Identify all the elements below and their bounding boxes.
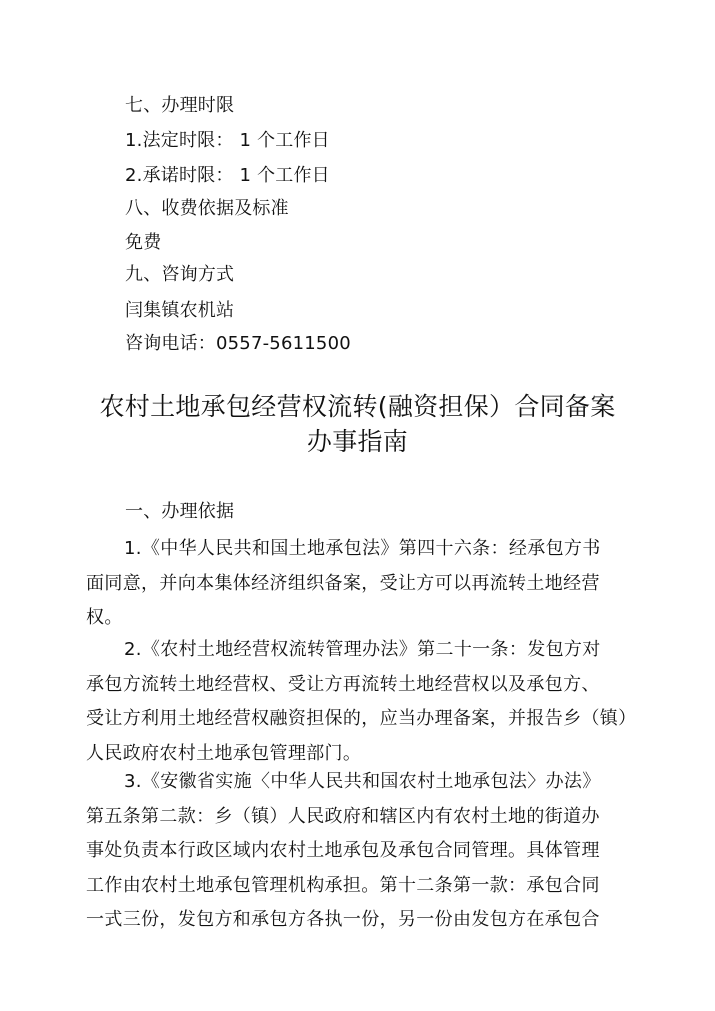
basis-item-3-line: 3.《安徽省实施〈中华人民共和国农村土地承包法〉办法》 [86,765,631,800]
basis-item-3: 3.《安徽省实施〈中华人民共和国农村土地承包法〉办法》 第五条第二款：乡（镇）人… [86,765,631,938]
basis-item-1-line: 面同意，并向本集体经济组织备案，受让方可以再流转土地经营 [86,567,631,602]
consultation-phone: 咨询电话：0557-5611500 [125,332,351,356]
promised-time-limit: 2.承诺时限： 1 个工作日 [125,164,330,188]
fee-value: 免费 [125,231,161,255]
basis-item-3-line: 事处负责本行政区域内农村土地承包及承包合同管理。具体管理 [86,834,631,869]
basis-item-2-line: 2.《农村土地经营权流转管理办法》第二十一条：发包方对 [86,633,631,668]
basis-item-1-line: 1.《中华人民共和国土地承包法》第四十六条：经承包方书 [86,532,631,567]
statutory-time-limit: 1.法定时限： 1 个工作日 [125,129,330,153]
basis-item-3-line: 一式三份，发包方和承包方各执一份，另一份由发包方在承包合 [86,903,631,938]
basis-item-3-line: 工作由农村土地承包管理机构承担。第十二条第一款：承包合同 [86,869,631,904]
guide-title-line-2: 办事指南 [0,425,715,459]
fee-heading: 八、收费依据及标准 [125,197,289,221]
basis-item-2: 2.《农村土地经营权流转管理办法》第二十一条：发包方对 承包方流转土地经营权、受… [86,633,631,771]
basis-item-2-line: 受让方利用土地经营权融资担保的，应当办理备案，并报告乡（镇） [86,702,631,737]
basis-item-3-line: 第五条第二款：乡（镇）人民政府和辖区内有农村土地的街道办 [86,800,631,835]
consultation-office: 闫集镇农机站 [125,299,234,323]
basis-item-2-line: 承包方流转土地经营权、受让方再流转土地经营权以及承包方、 [86,668,631,703]
processing-time-heading: 七、办理时限 [125,94,234,118]
basis-heading: 一、办理依据 [125,500,234,524]
document-page: 七、办理时限 1.法定时限： 1 个工作日 2.承诺时限： 1 个工作日 八、收… [0,0,715,1011]
consultation-heading: 九、咨询方式 [125,263,234,287]
guide-title-line-1: 农村土地承包经营权流转(融资担保）合同备案 [0,390,715,424]
basis-item-1: 1.《中华人民共和国土地承包法》第四十六条：经承包方书 面同意，并向本集体经济组… [86,532,631,636]
basis-item-1-line: 权。 [86,601,631,636]
